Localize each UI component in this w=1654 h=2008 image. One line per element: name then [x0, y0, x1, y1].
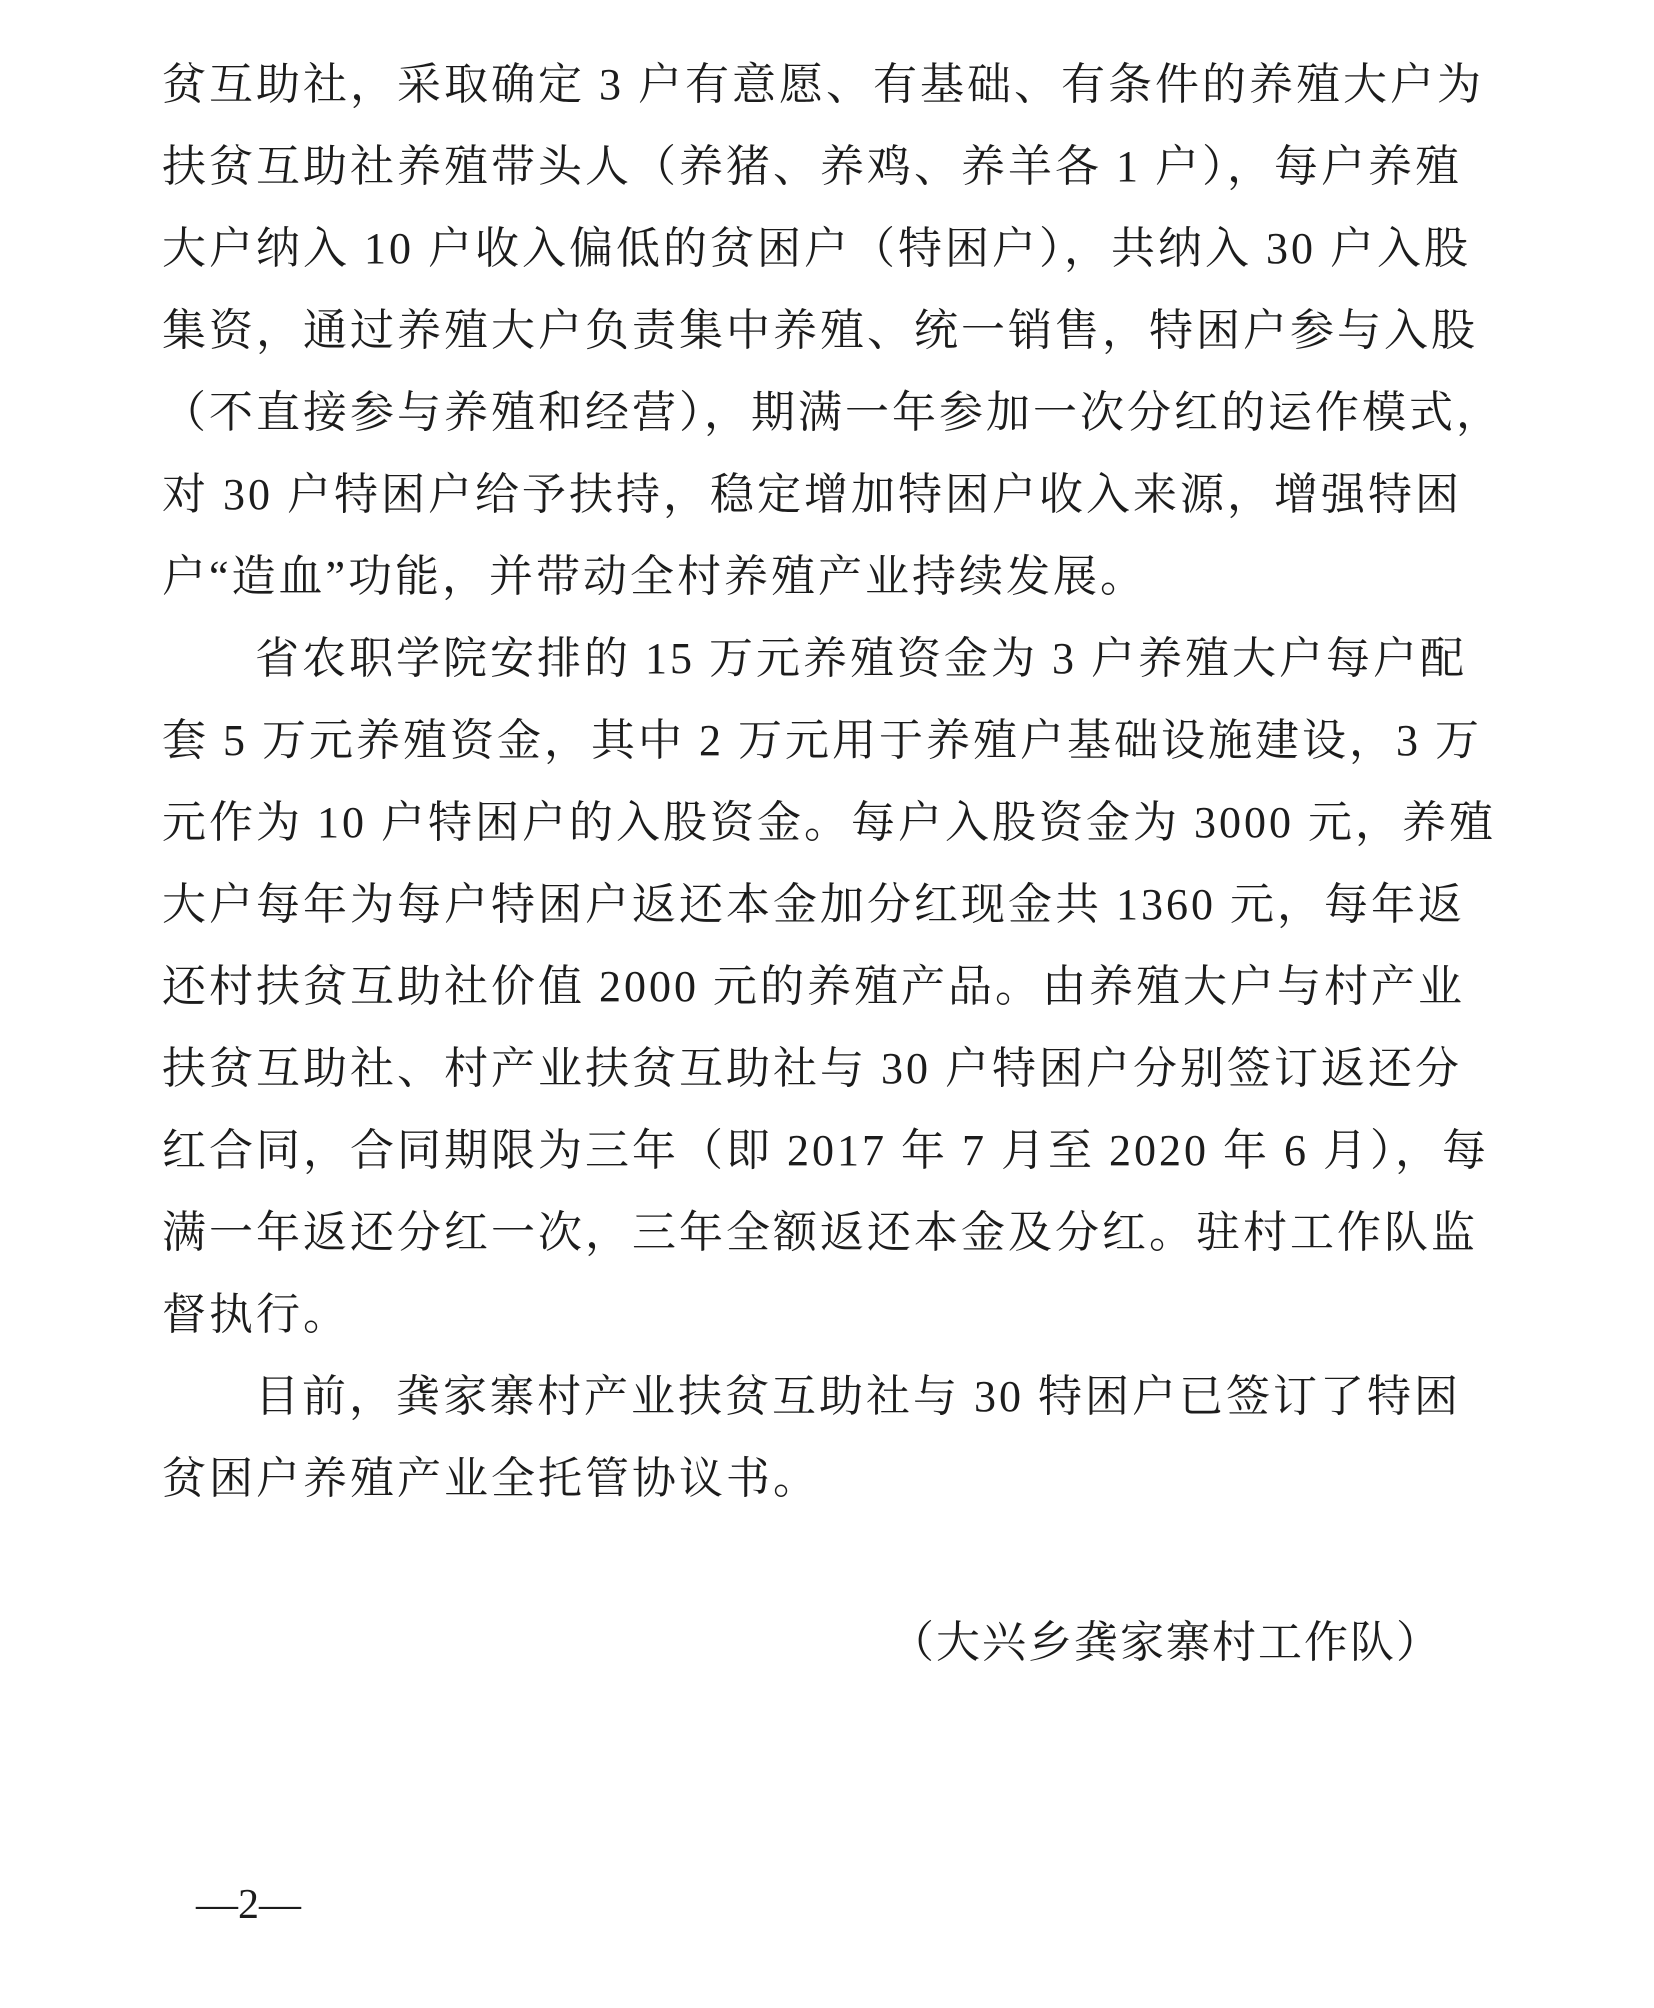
text-line: 省农职学院安排的 15 万元养殖资金为 3 户养殖大户每户配: [162, 618, 1502, 700]
text-line: 还村扶贫互助社价值 2000 元的养殖产品。由养殖大户与村产业: [162, 946, 1502, 1028]
text-line: 红合同，合同期限为三年（即 2017 年 7 月至 2020 年 6 月），每: [162, 1110, 1502, 1192]
text-line: 集资，通过养殖大户负责集中养殖、统一销售，特困户参与入股: [162, 290, 1502, 372]
text-line: 套 5 万元养殖资金，其中 2 万元用于养殖户基础设施建设，3 万: [162, 700, 1502, 782]
text-line: 贫困户养殖产业全托管协议书。: [162, 1438, 1502, 1520]
scanned-document-page: 贫互助社，采取确定 3 户有意愿、有基础、有条件的养殖大户为扶贫互助社养殖带头人…: [0, 0, 1654, 2008]
text-line: 大户每年为每户特困户返还本金加分红现金共 1360 元，每年返: [162, 864, 1502, 946]
document-body: 贫互助社，采取确定 3 户有意愿、有基础、有条件的养殖大户为扶贫互助社养殖带头人…: [162, 44, 1502, 1684]
text-line: 扶贫互助社、村产业扶贫互助社与 30 户特困户分别签订返还分: [162, 1028, 1502, 1110]
page-number: —2—: [196, 1882, 301, 1928]
signature-line: （大兴乡龚家寨村工作队）: [162, 1602, 1502, 1684]
text-line: 户“造血”功能，并带动全村养殖产业持续发展。: [162, 536, 1502, 618]
text-line: 满一年返还分红一次，三年全额返还本金及分红。驻村工作队监: [162, 1192, 1502, 1274]
text-line: 对 30 户特困户给予扶持，稳定增加特困户收入来源，增强特困: [162, 454, 1502, 536]
text-line: （不直接参与养殖和经营），期满一年参加一次分红的运作模式，: [162, 372, 1502, 454]
text-line: 贫互助社，采取确定 3 户有意愿、有基础、有条件的养殖大户为: [162, 44, 1502, 126]
text-line: 目前，龚家寨村产业扶贫互助社与 30 特困户已签订了特困: [162, 1356, 1502, 1438]
text-line: 大户纳入 10 户收入偏低的贫困户（特困户），共纳入 30 户入股: [162, 208, 1502, 290]
text-line: 督执行。: [162, 1274, 1502, 1356]
text-line: 扶贫互助社养殖带头人（养猪、养鸡、养羊各 1 户），每户养殖: [162, 126, 1502, 208]
text-line: 元作为 10 户特困户的入股资金。每户入股资金为 3000 元，养殖: [162, 782, 1502, 864]
